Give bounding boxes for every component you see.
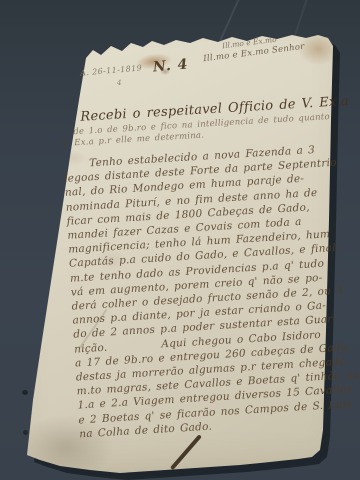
manuscript-body: Recebi o respeitavel Officio de V. Ex.a …: [60, 94, 355, 442]
photo-stage: A. 26-11-1819 4 Ill.mo e Ex.mo Ill.mo e …: [0, 0, 360, 480]
pencil-archive-note-sub: 4: [117, 79, 121, 87]
paper-edge-nick: [22, 390, 28, 395]
background-fold-seam: [293, 0, 309, 39]
paper-edge-nick: [23, 430, 28, 435]
document-number: N. 4: [152, 56, 189, 75]
